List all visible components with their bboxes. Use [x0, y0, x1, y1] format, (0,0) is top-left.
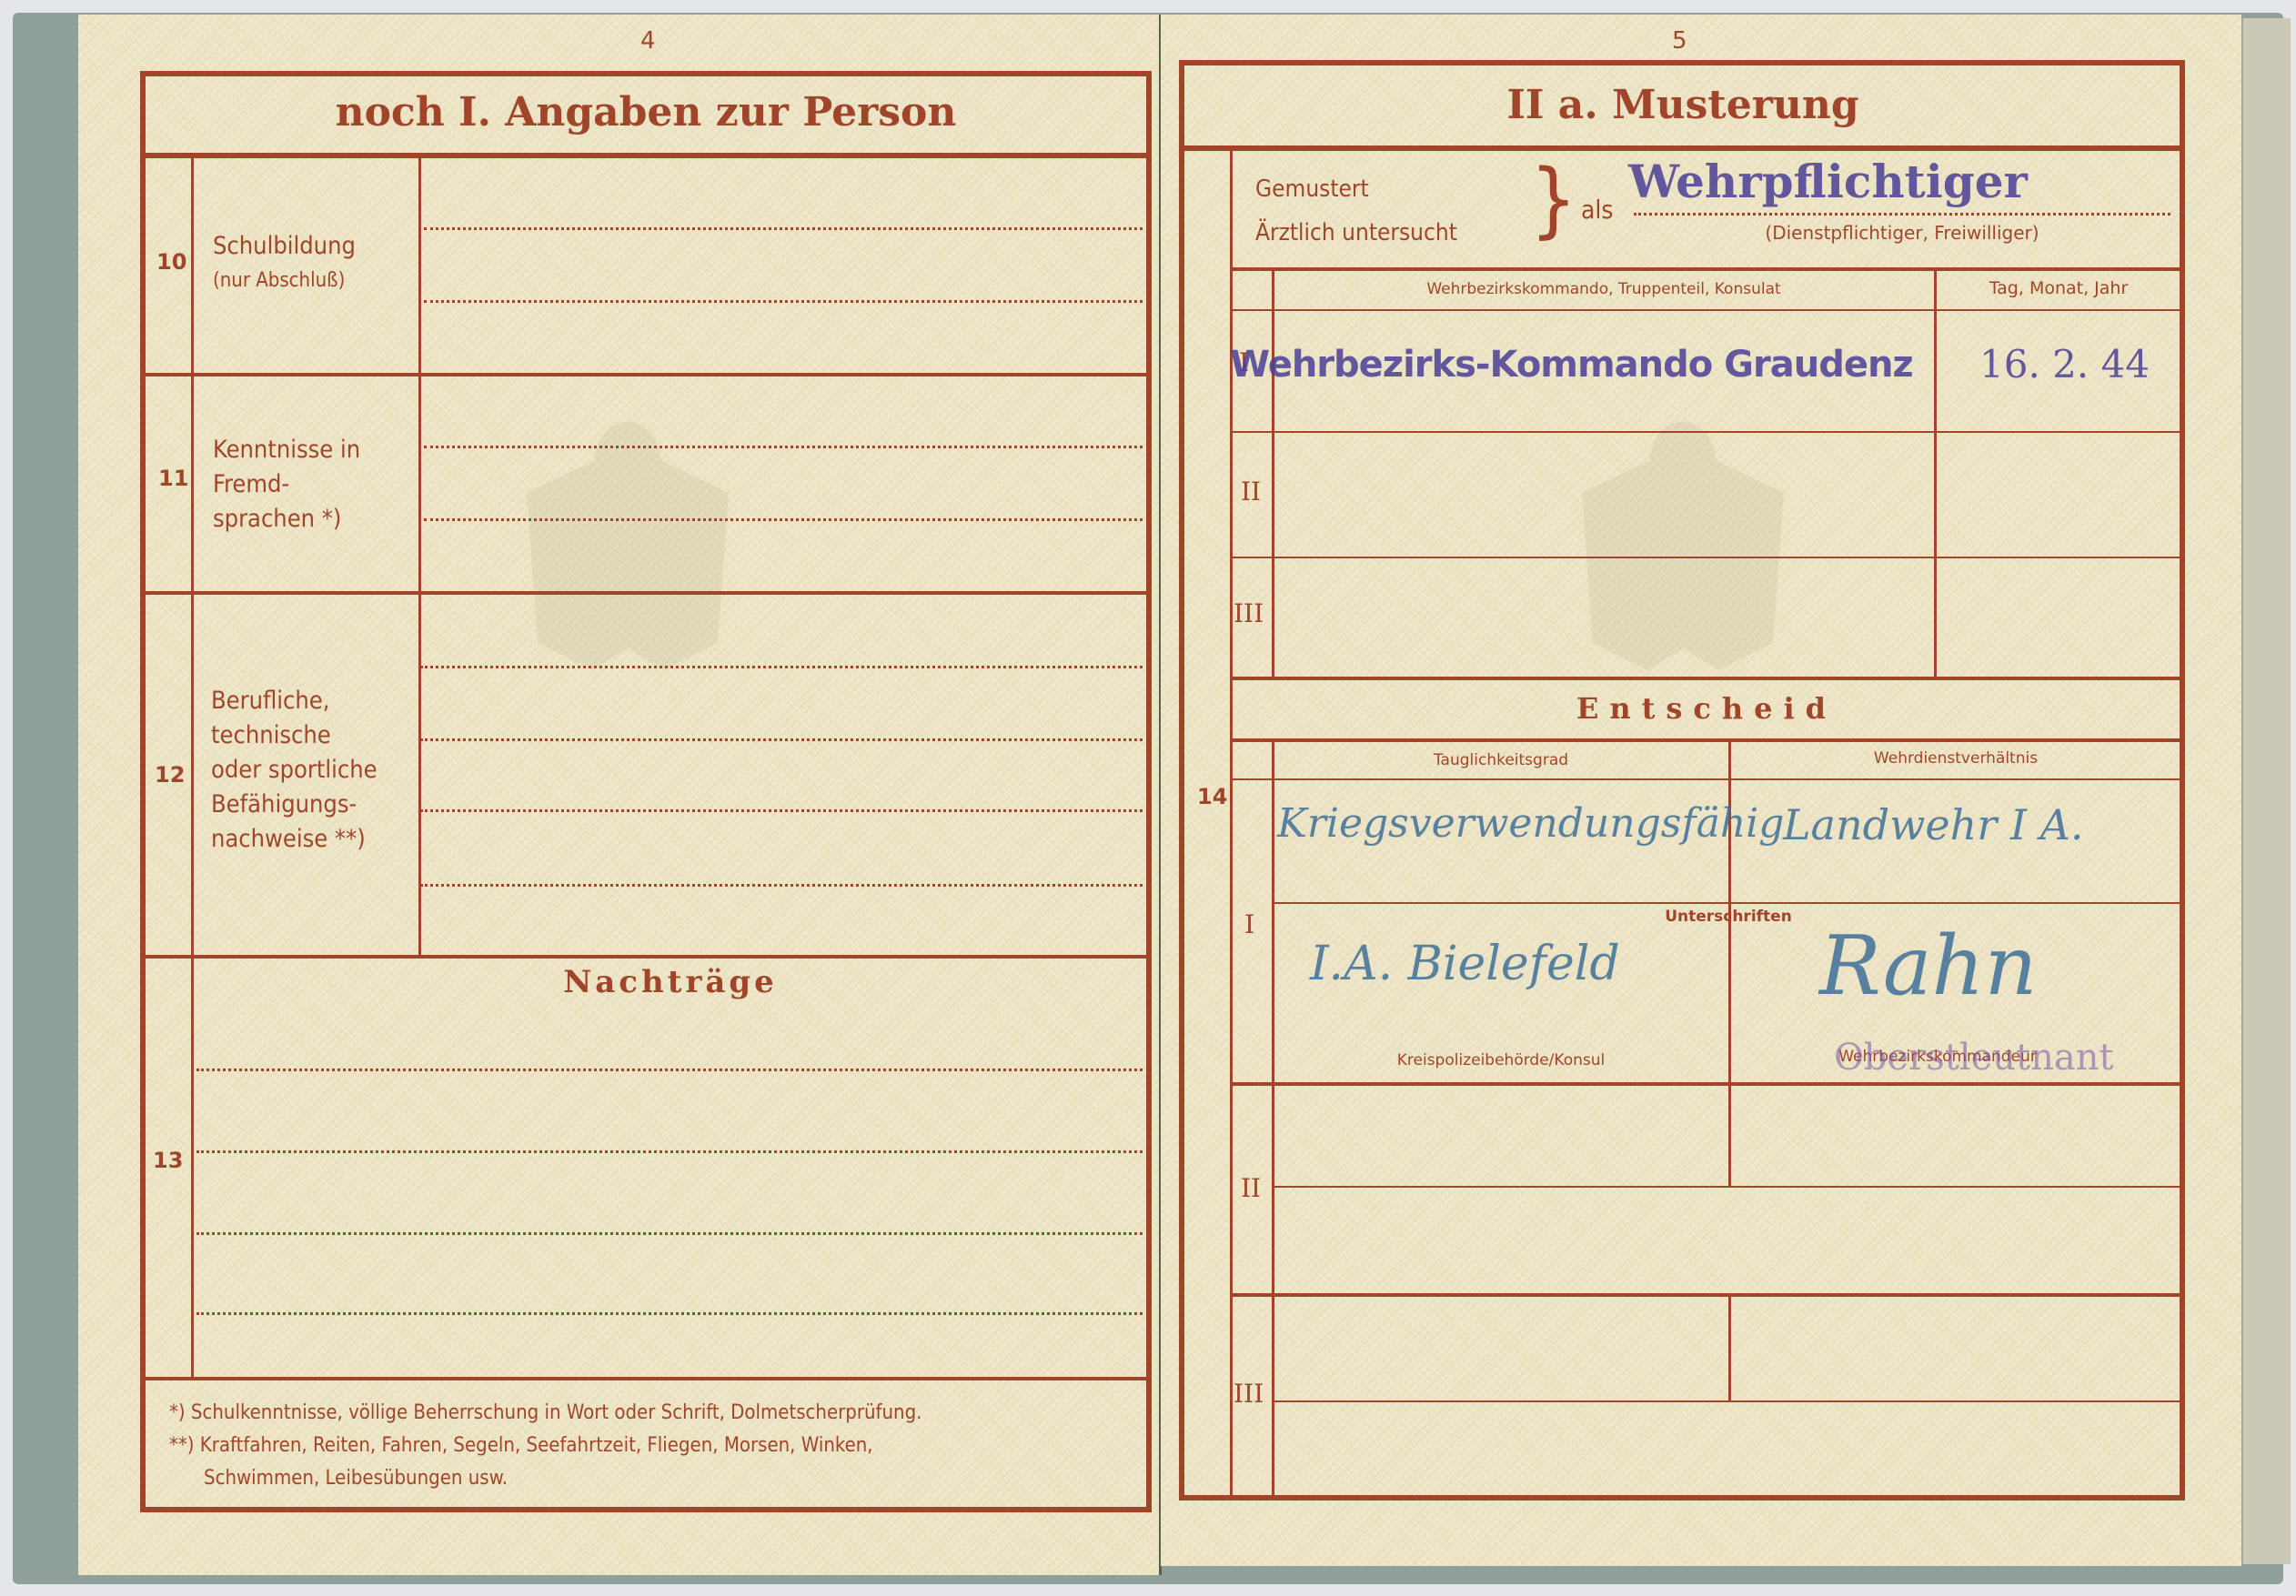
- handwritten-fitness: Kriegsverwendungsfähig: [1277, 800, 1784, 847]
- roman-column-line: [1272, 269, 1274, 678]
- stamp-office: Wehrbezirks-Kommando Graudenz: [1230, 344, 1913, 386]
- divider: [1232, 557, 2183, 558]
- label-line: oder sportliche: [211, 753, 378, 788]
- label-gemustert: Gemustert: [1255, 167, 1457, 211]
- right-page-number: 5: [1672, 27, 1687, 55]
- row-label-befaehigung: Berufliche, technische oder sportliche B…: [211, 684, 378, 857]
- label-line: Schulbildung: [213, 229, 356, 264]
- row-number: 10: [156, 249, 186, 275]
- examined-hint: (Dienstpflichtiger, Freiwilliger): [1634, 222, 2170, 244]
- signature-right: Rahn: [1819, 918, 2037, 1014]
- sig-left-caption: Kreispolizeibehörde/Konsul: [1274, 1051, 1728, 1069]
- divider: [1232, 738, 2183, 742]
- entry-line[interactable]: [420, 809, 1143, 812]
- divider: [1181, 146, 2183, 151]
- label-line: (nur Abschluß): [213, 264, 356, 298]
- right-form-frame: [1179, 60, 2185, 1501]
- signature-left: I.A. Bielefeld: [1310, 937, 1620, 991]
- roman-numeral: II: [1241, 477, 1261, 507]
- roman-numeral: III: [1234, 598, 1264, 628]
- divider: [1232, 431, 2183, 433]
- page-edges: [2240, 18, 2291, 1564]
- row-label-fremdsprachen: Kenntnisse in Fremd- sprachen *): [213, 433, 360, 537]
- label-line: technische: [211, 718, 378, 753]
- label-line: Befähigungs-: [211, 788, 378, 822]
- signatures-label: Unterschriften: [1637, 908, 1819, 926]
- roman-numeral: II: [1241, 1173, 1261, 1203]
- footnote-2: **) Kraftfahren, Reiten, Fahren, Segeln,…: [169, 1430, 921, 1462]
- stamp-wehrpflichtiger: Wehrpflichtiger: [1628, 155, 2028, 208]
- divider: [1274, 902, 2183, 904]
- divider: [1232, 677, 2183, 680]
- entry-line[interactable]: [196, 1150, 1143, 1153]
- entry-line[interactable]: [196, 1069, 1143, 1071]
- divider: [142, 153, 1150, 158]
- divider: [1232, 1293, 2183, 1297]
- divider: [142, 955, 1150, 959]
- muster-date: 16. 2. 44: [1979, 342, 2150, 386]
- date-column-line: [1934, 269, 1937, 678]
- label-line: Fremd-: [213, 467, 360, 502]
- col-header-fitness: Tauglichkeitsgrad: [1274, 751, 1728, 769]
- divider: [1232, 267, 2183, 271]
- roman-numeral: I: [1244, 909, 1254, 939]
- row-number: 13: [153, 1148, 183, 1173]
- label-column-line: [418, 156, 421, 957]
- col-header-service: Wehrdienstverhältnis: [1730, 749, 2181, 768]
- right-page-heading: II a. Musterung: [1183, 82, 2183, 128]
- label-untersucht: Ärztlich untersucht: [1255, 211, 1457, 255]
- label-line: nachweise **): [211, 822, 378, 857]
- decision-heading: Entscheid: [1234, 691, 2180, 726]
- examined-value-line[interactable]: [1634, 213, 2170, 216]
- divider: [1232, 1082, 2183, 1086]
- label-line: sprachen *): [213, 502, 360, 537]
- label-als: als: [1581, 193, 1614, 227]
- entry-line[interactable]: [196, 1232, 1143, 1235]
- footnote-1: *) Schulkenntnisse, völlige Beherrschung…: [169, 1397, 921, 1430]
- roman-numeral: III: [1234, 1379, 1264, 1409]
- label-line: Berufliche,: [211, 684, 378, 718]
- left-page-number: 4: [640, 27, 656, 55]
- row-number: 14: [1197, 784, 1227, 809]
- entry-line[interactable]: [420, 738, 1143, 741]
- brace-icon: }: [1530, 155, 1577, 246]
- entry-line[interactable]: [420, 884, 1143, 887]
- stamp-rank: Oberstleutnant: [1834, 1037, 2114, 1079]
- footnotes: *) Schulkenntnisse, völlige Beherrschung…: [169, 1397, 921, 1495]
- row-label-schulbildung: Schulbildung (nur Abschluß): [213, 229, 356, 298]
- entry-line[interactable]: [424, 300, 1143, 303]
- roman-column-line: [1272, 742, 1274, 1497]
- label-line: Kenntnisse in: [213, 433, 360, 467]
- col-header-office: Wehrbezirkskommando, Truppenteil, Konsul…: [1274, 280, 1934, 298]
- divider: [1232, 309, 2183, 311]
- examined-labels: Gemustert Ärztlich untersucht: [1255, 167, 1457, 255]
- divider: [142, 1377, 1150, 1380]
- nachtraege-heading: Nachträge: [193, 964, 1148, 1000]
- entry-line[interactable]: [196, 1312, 1143, 1315]
- eagle-watermark-icon: [491, 400, 764, 700]
- divider: [142, 373, 1150, 376]
- footnote-2-cont: Schwimmen, Leibesübungen usw.: [169, 1462, 921, 1495]
- left-page-heading: noch I. Angaben zur Person: [146, 89, 1146, 136]
- col-header-date: Tag, Monat, Jahr: [1936, 278, 2181, 298]
- divider: [1274, 1186, 2183, 1188]
- entry-line[interactable]: [424, 227, 1143, 230]
- divider: [1274, 1400, 2183, 1402]
- mid-column-line: [1728, 1293, 1731, 1400]
- number-column-line: [191, 156, 194, 1379]
- handwritten-service: Landwehr I A.: [1783, 800, 2084, 849]
- row-number: 12: [155, 762, 185, 788]
- row-number: 11: [158, 466, 188, 491]
- divider: [1232, 778, 2183, 780]
